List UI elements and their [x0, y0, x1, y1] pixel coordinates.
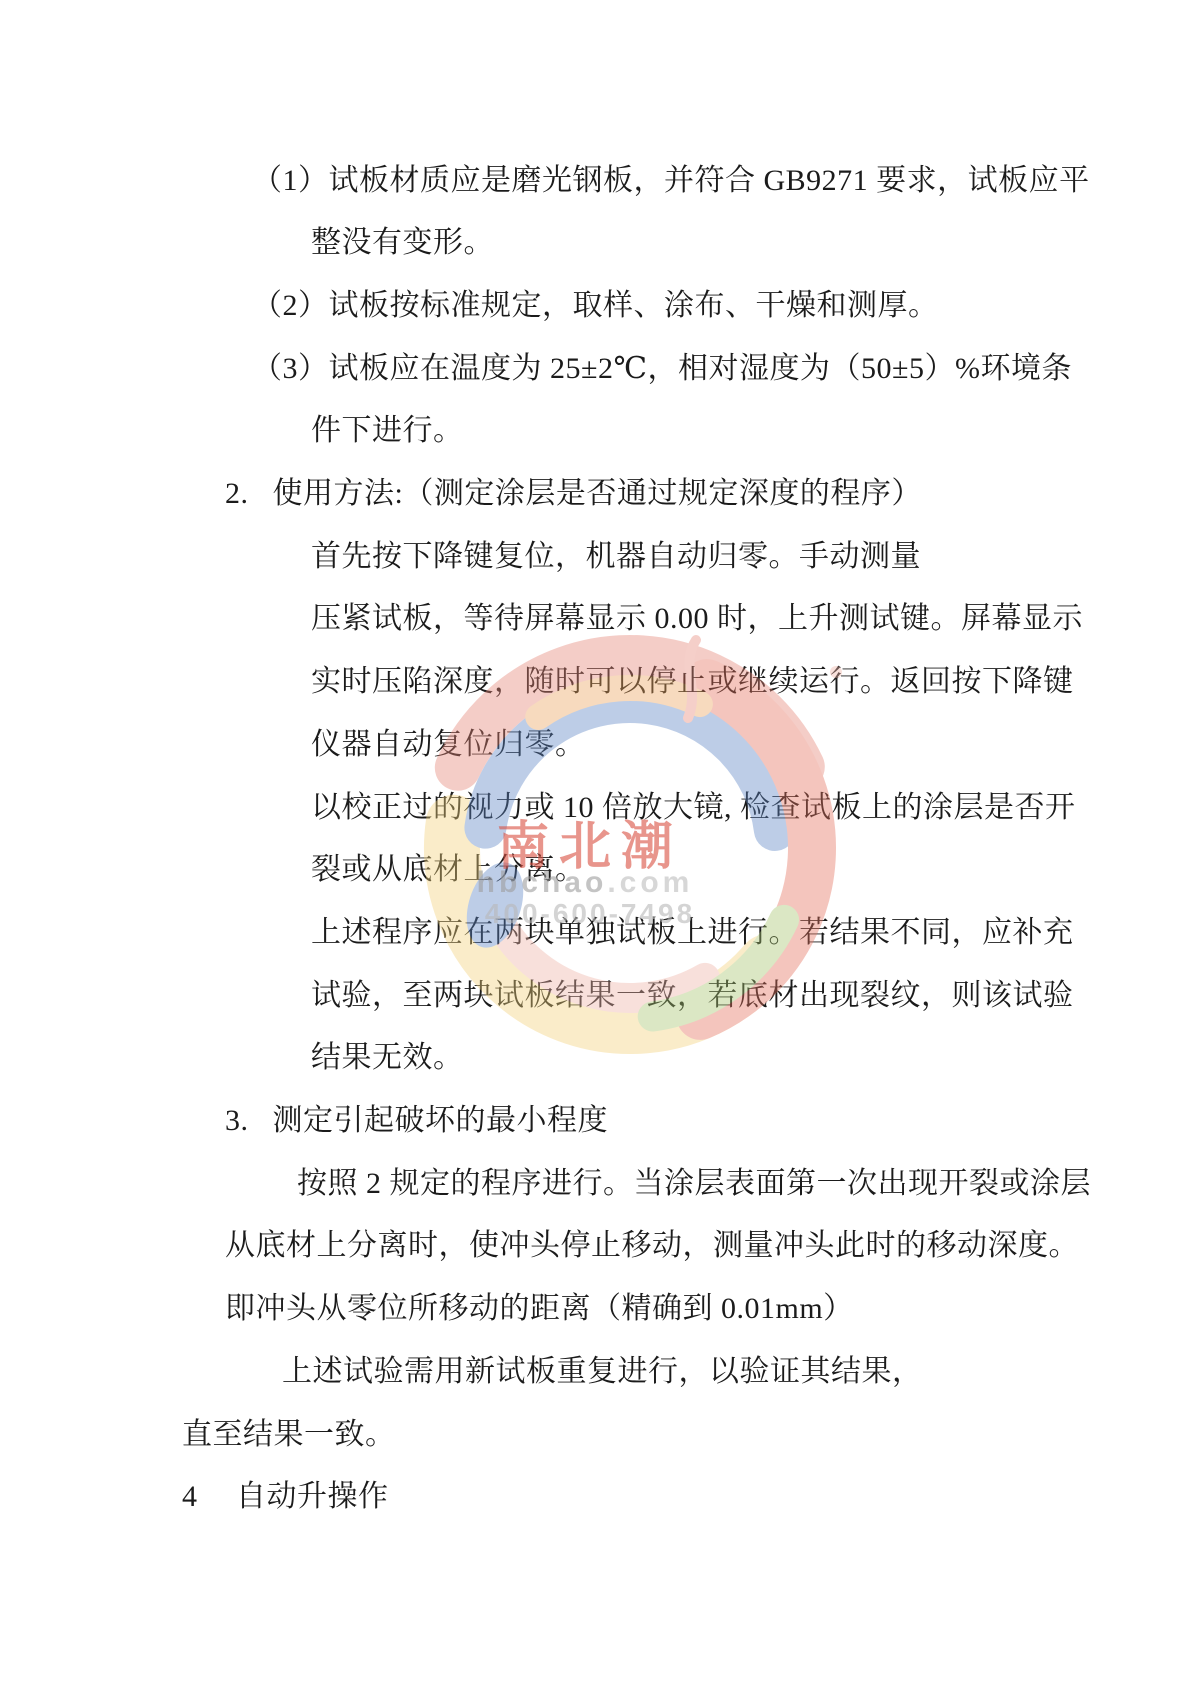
text-line: （3）试板应在温度为 25±2℃，相对湿度为（50±5）%环境条 — [252, 337, 1072, 400]
text-line: 以校正过的视力或 10 倍放大镜, 检查试板上的涂层是否开 — [311, 776, 1076, 839]
text-line: 上述程序应在两块单独试板上进行。若结果不同，应补充 — [311, 901, 1074, 964]
text-line: 裂或从底材上分离。 — [311, 838, 586, 901]
text-line: 仪器自动复位归零。 — [311, 713, 586, 776]
text-line: 整没有变形。 — [311, 211, 494, 274]
text-line: 2. 使用方法:（测定涂层是否通过规定深度的程序） — [225, 462, 922, 525]
text-line: 试验，至两块试板结果一致，若底材出现裂纹，则该试验 — [311, 964, 1074, 1027]
text-line: 4 自动升操作 — [182, 1465, 389, 1528]
text-line: （1）试板材质应是磨光钢板，并符合 GB9271 要求，试板应平 — [252, 149, 1090, 212]
text-line: 上述试验需用新试板重复进行，以验证其结果， — [282, 1340, 923, 1403]
text-lines: （1）试板材质应是磨光钢板，并符合 GB9271 要求，试板应平整没有变形。（2… — [0, 0, 1200, 1697]
text-line: 件下进行。 — [311, 399, 464, 462]
text-line: 结果无效。 — [311, 1026, 464, 1089]
text-line: 实时压陷深度，随时可以停止或继续运行。返回按下降键 — [311, 650, 1074, 713]
text-line: 直至结果一致。 — [182, 1403, 396, 1466]
document-page: （1）试板材质应是磨光钢板，并符合 GB9271 要求，试板应平整没有变形。（2… — [0, 0, 1200, 1697]
text-line: 即冲头从零位所移动的距离（精确到 0.01mm） — [225, 1277, 854, 1340]
text-line: 从底材上分离时，使冲头停止移动，测量冲头此时的移动深度。 — [225, 1214, 1079, 1277]
text-line: 按照 2 规定的程序进行。当涂层表面第一次出现开裂或涂层 — [297, 1152, 1091, 1215]
text-line: 首先按下降键复位，机器自动归零。手动测量 — [311, 525, 921, 588]
text-line: 3. 测定引起破坏的最小程度 — [225, 1089, 608, 1152]
text-line: 压紧试板，等待屏幕显示 0.00 时，上升测试键。屏幕显示 — [311, 587, 1083, 650]
text-line: （2）试板按标准规定，取样、涂布、干燥和测厚。 — [252, 274, 939, 337]
